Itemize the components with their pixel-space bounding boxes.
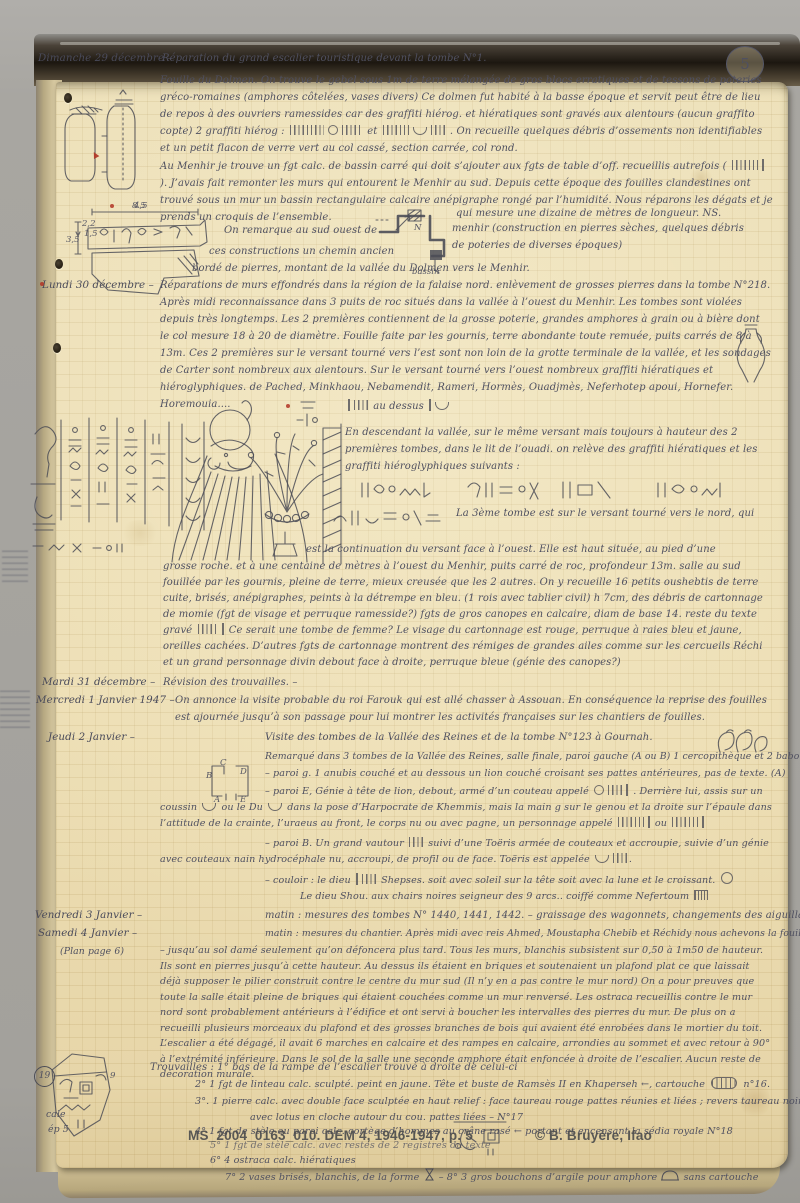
para-tombe3-a: La 3ème tombe est sur le versant tourné … <box>456 506 772 522</box>
lintel-dim-left: 3,5 <box>66 235 80 245</box>
hieroglyphs-icon <box>431 125 445 135</box>
red-dot-icon <box>110 204 114 208</box>
tombe3-text2: Ce serait une tombe de femme? Le visage … <box>163 625 763 668</box>
paroi-e-text3: ou le Du <box>221 802 262 813</box>
paroi-e-text1: – paroi E, Génie à tête de lion, debout,… <box>265 786 589 797</box>
entry-text-mardi: Révision des trouvailles. – <box>163 674 297 691</box>
para-tombe3-b: est la continuation du versant face à l’… <box>306 541 716 558</box>
jeudi-couloir: – couloir : le dieu Shepses. soit avec s… <box>265 872 735 889</box>
hieroglyph-stroke-icon <box>348 399 350 411</box>
hieroglyphs-icon <box>362 874 376 884</box>
item2-num: n°16. <box>743 1079 770 1090</box>
moon-glyph-icon <box>721 872 733 884</box>
lintel-dim-top: 8.5 <box>132 201 146 211</box>
plan-letter-d: D <box>239 767 247 777</box>
plan-north-label: N <box>413 223 422 233</box>
note-construction: menhir (construction en pierres sèches, … <box>452 220 748 254</box>
graffiti-row2-sketch <box>330 505 448 531</box>
couloir-text1: – couloir : le dieu <box>265 875 351 886</box>
notebook-scan: 5 Dimanche 29 décembre – Réparation du g… <box>0 0 800 1203</box>
hieroglyph-basket-icon <box>595 855 609 863</box>
graffiti-row-sketch <box>358 477 730 505</box>
entry-date-jeudi: Jeudi 2 Janvier – <box>48 729 135 746</box>
comb-glyph-icon <box>694 890 708 900</box>
entry-text-vendredi: matin : mesures des tombes N° 1440, 1441… <box>265 907 800 924</box>
hieroglyph-stroke-icon <box>429 399 431 411</box>
para-descente: En descendant la vallée, sur le même ver… <box>345 424 771 475</box>
jeudi-shou: Le dieu Shou. aux chairs noires seigneur… <box>300 889 710 905</box>
notebook-top-highlight <box>60 42 780 45</box>
stopper-glyph-icon <box>660 1169 680 1182</box>
hieroglyphs-icon <box>613 853 627 863</box>
vase-glyph-icon <box>423 1168 436 1182</box>
binder-hole <box>53 343 61 353</box>
note-remarque1: On remarque au sud ouest de <box>224 222 377 239</box>
hieroglyph-basket-icon <box>268 803 282 811</box>
trouvailles-item6: 6° 4 ostraca calc. hiératiques <box>210 1153 356 1169</box>
para-tombe3-c: grosse roche. et à une centaine de mètre… <box>163 559 775 671</box>
binder-hole <box>55 259 63 269</box>
fragment-ep-label: ép 5 <box>48 1121 69 1138</box>
fragment-label-9: 9 <box>110 1071 116 1081</box>
trouvailles-item3: 3°. 1 pierre calc. avec double face scul… <box>195 1094 800 1110</box>
entry-date-dimanche: Dimanche 29 décembre – <box>38 50 173 67</box>
hieroglyph-circle-icon <box>328 125 338 135</box>
hieroglyphs-icon <box>732 160 758 170</box>
hieroglyph-stroke-icon <box>356 873 358 885</box>
hieroglyph-circle-icon <box>594 785 604 795</box>
page-number-value: 5 <box>740 55 750 73</box>
hieroglyphs-icon <box>354 400 368 410</box>
note-au-dessus: au dessus <box>346 398 451 415</box>
jeudi-paroi-g: – paroi g. 1 anubis couché et au dessous… <box>265 766 786 782</box>
entry-text-dimanche: Réparation du grand escalier touristique… <box>162 50 487 67</box>
hieroglyph-basket-icon <box>435 402 449 410</box>
entry-text-mercredi: On annonce la visite probable du roi Far… <box>175 692 773 726</box>
paroi-b-text1: – paroi B. Un grand vautour <box>265 838 404 849</box>
hieroglyph-stroke-icon <box>648 816 650 828</box>
entry-text-lundi: Réparations de murs effondrés dans la ré… <box>160 277 772 413</box>
hieroglyphs-icon <box>383 125 409 135</box>
watermark-credit: © B. Bruyère, Ifao <box>535 1128 652 1143</box>
trouvailles-item2: 2° 1 fgt de linteau calc. sculpté. peint… <box>195 1077 770 1093</box>
jeudi-paroi-e: – paroi E, Génie à tête de lion, debout,… <box>160 784 774 832</box>
hieroglyphs-icon <box>290 125 324 135</box>
note-remarque2: ces constructions un chemin ancien <box>209 243 394 260</box>
hieroglyphs-icon <box>198 624 218 634</box>
entry-date-samedi: Samedi 4 Janvier – <box>38 925 137 942</box>
hieroglyphs-icon <box>672 817 698 827</box>
item2-text: 2° 1 fgt de linteau calc. sculpté. peint… <box>195 1079 705 1090</box>
deity-hieroglyph-drawing <box>25 394 345 570</box>
entry-date-mercredi: Mercredi 1 Janvier 1947 – <box>36 692 175 709</box>
entry-text-samedi: matin : mesures du chantier. Après midi … <box>265 925 800 942</box>
paroi-b-text2: suivi d’une Toëris armée de couteaux et … <box>160 838 769 865</box>
archive-watermark: MS_2004_0163_010. DEM 4, 1946-1947, p. 5… <box>188 1128 748 1143</box>
hieroglyph-basket-icon <box>413 127 427 135</box>
lintel-dim-left2: 2,2 <box>81 219 96 229</box>
entry-date-lundi: Lundi 30 décembre – <box>42 277 154 294</box>
para-dolmen: Fouille du Dolmen. On trouve le gebel so… <box>160 72 772 157</box>
entry-text-jeudi: Visite des tombes de la Vallée des Reine… <box>265 729 653 746</box>
note-borde: bordé de pierres, montant de la vallée d… <box>192 260 530 277</box>
hieroglyphs-icon <box>342 125 362 135</box>
plan-bassin-label: bassin <box>412 267 439 277</box>
hieroglyphs-icon <box>608 785 622 795</box>
entry-date-vendredi: Vendredi 3 Janvier – <box>35 907 142 924</box>
jeudi-paroi-b: – paroi B. Un grand vautour suivi d’une … <box>160 836 774 868</box>
note-plan-page: (Plan page 6) <box>60 943 124 960</box>
shou-text: Le dieu Shou. aux chairs noires seigneur… <box>300 891 689 902</box>
hieroglyphs-icon <box>409 837 423 847</box>
plan-letter-c: C <box>220 758 227 768</box>
hieroglyphs-icon <box>618 817 644 827</box>
facing-page-bleed <box>0 688 30 728</box>
watermark-id: MS_2004_0163_010. DEM 4, 1946-1947, p. 5 <box>188 1128 473 1143</box>
cartouche-icon <box>711 1077 737 1089</box>
hieroglyph-stroke-icon <box>626 784 628 796</box>
hieroglyph-stroke-icon <box>762 159 764 171</box>
para-menhir-text: Au Menhir je trouve un fgt calc. de bass… <box>160 161 727 172</box>
red-dot-icon <box>40 282 44 286</box>
menhir-plan-sketch: N bassin <box>374 204 456 276</box>
paroi-e-text5: ou <box>655 818 667 829</box>
hieroglyph-stroke-icon <box>702 816 704 828</box>
item8-text2: sans cartouche <box>684 1172 759 1183</box>
couloir-text2: Shepses. soit avec soleil sur la tête so… <box>381 875 715 886</box>
item8-text: – 8° 3 gros bouchons d’argile pour ampho… <box>439 1172 658 1183</box>
trouvailles-item7: 7° 2 vases brisés, blanchis, de la forme… <box>225 1168 759 1186</box>
plan-letter-b: B <box>205 771 212 781</box>
hieroglyph-stroke-icon <box>222 623 224 635</box>
trouvailles-intro: Trouvailles : 1° bas de la rampe de l’es… <box>150 1059 518 1076</box>
para-dolmen-et: et <box>367 126 377 137</box>
margin-amphora-sketch <box>733 321 769 385</box>
item7-text: 7° 2 vases brisés, blanchis, de la forme <box>225 1172 419 1183</box>
au-dessus-text: au dessus <box>373 401 424 412</box>
hieroglyph-basket-icon <box>202 803 216 811</box>
entry-date-mardi: Mardi 31 décembre – <box>42 674 155 691</box>
baboon-sketch <box>712 720 770 756</box>
